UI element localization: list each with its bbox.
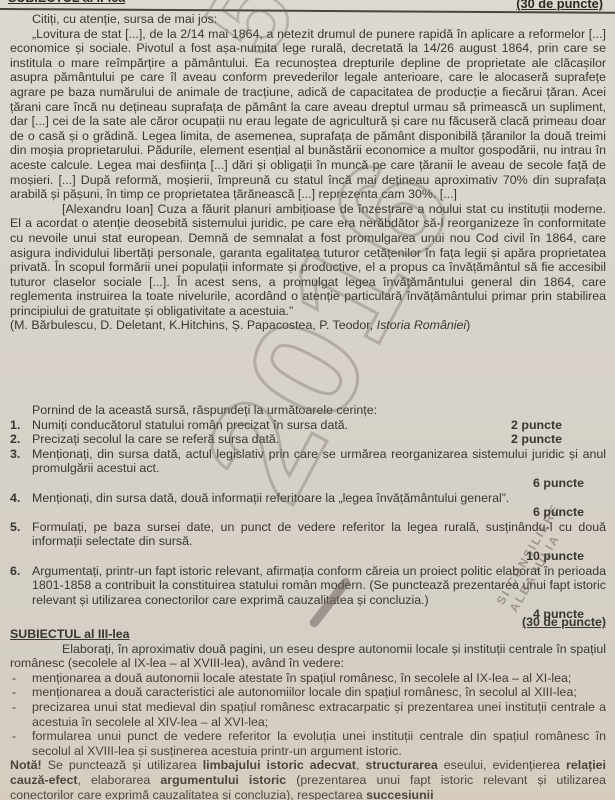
citation-authors: (M. Bărbulescu, D. Deletant, K.Hitchins,… (10, 318, 377, 332)
note-text: , (356, 758, 365, 772)
question-points: 10 puncte (32, 549, 606, 564)
question-number: 5. (10, 520, 20, 535)
questions-intro: Pornind de la această sursă, răspundeți … (10, 403, 606, 418)
source-block: Citiți, cu atenție, sursa de mai jos: „L… (10, 12, 606, 333)
question-text: Menționați, din sursa dată, două informa… (32, 491, 606, 506)
subject-3-title: SUBIECTUL al III-lea (10, 627, 130, 641)
section-points: (30 de puncte) (516, 0, 603, 12)
section-title-cut: SUBIECTUL al II-lea (8, 0, 125, 6)
source-intro: Citiți, cu atenție, sursa de mai jos: (10, 12, 606, 27)
requirement-item: menționarea a două autonomii locale ates… (10, 671, 606, 686)
note-bold: argumentului istoric (160, 773, 286, 787)
question-item: 5.Formulați, pe baza sursei date, un pun… (10, 520, 606, 564)
subject-3-points: (30 de puncte) (522, 615, 606, 630)
question-item: 3.Menționați, din sursa dată, actul legi… (10, 447, 606, 491)
source-paragraph-1: „Lovitura de stat [...], de la 2/14 mai … (10, 27, 606, 202)
subject-3-intro: Elaborați, în aproximativ două pagini, u… (10, 642, 606, 671)
question-points: 6 puncte (32, 505, 606, 520)
subject-3-block: SUBIECTUL al III-lea (30 de puncte) Elab… (10, 627, 606, 800)
note-text: , elaborarea (78, 773, 161, 787)
question-points: 2 puncte (511, 432, 584, 447)
questions-block: Pornind de la această sursă, răspundeți … (10, 403, 606, 622)
source-paragraph-2: [Alexandru Ioan] Cuza a făurit planuri a… (10, 202, 606, 319)
question-number: 6. (10, 564, 20, 579)
note-bold: succesiunii (366, 788, 434, 800)
subject-3-header: SUBIECTUL al III-lea (30 de puncte) (10, 627, 606, 642)
question-item: 4.Menționați, din sursa dată, două infor… (10, 491, 606, 520)
question-item: 1.Numiți conducătorul statului român pre… (10, 418, 606, 433)
question-number: 3. (10, 447, 20, 462)
exam-page: SUBIECTUL al II-lea (30 de puncte) Citiț… (0, 0, 615, 800)
question-text: Argumentați, printr-un fapt istoric rele… (32, 564, 606, 608)
requirement-item: precizarea unui stat medieval din spațiu… (10, 700, 606, 729)
question-number: 4. (10, 491, 20, 506)
question-points: 6 puncte (32, 476, 606, 491)
note-text: eseului, evidențierea (438, 758, 566, 772)
citation-close: ) (466, 318, 470, 332)
section-header: SUBIECTUL al II-lea (30 de puncte) (0, 0, 615, 10)
note-bold: structurarea (365, 758, 437, 772)
subject-3-requirements: menționarea a două autonomii locale ates… (10, 671, 606, 759)
question-text: Menționați, din sursa dată, actul legisl… (32, 447, 606, 476)
note-bold: limbajului istoric adecvat (203, 758, 356, 772)
question-item: 6.Argumentați, printr-un fapt istoric re… (10, 564, 606, 622)
question-points: 2 puncte (511, 418, 584, 433)
requirement-item: menționarea a două caracteristici ale au… (10, 685, 606, 700)
requirement-item: formularea unui punct de vedere referito… (10, 729, 606, 758)
questions-list: 1.Numiți conducătorul statului român pre… (10, 418, 606, 622)
question-item: 2.Precizați secolul la care se referă su… (10, 432, 606, 447)
question-number: 2. (10, 432, 20, 447)
subject-3-note: Notă! Se punctează și utilizarea limbaju… (10, 758, 606, 800)
question-text: Formulați, pe baza sursei date, un punct… (32, 520, 606, 549)
note-text: Se punctează și utilizarea (42, 758, 203, 772)
note-label: Notă! (10, 758, 42, 772)
citation-title: Istoria României (377, 318, 467, 332)
question-number: 1. (10, 418, 20, 433)
source-citation: (M. Bărbulescu, D. Deletant, K.Hitchins,… (10, 318, 606, 333)
